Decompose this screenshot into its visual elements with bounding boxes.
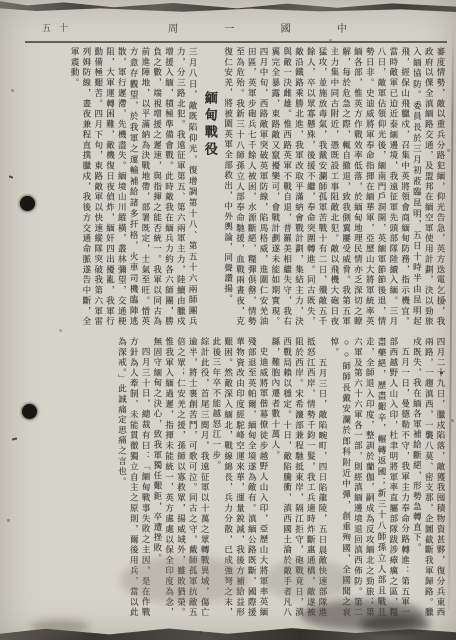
top-text-block: 審度情勢，敵以重兵分路犯緬，仰光告急，英方迭電乞援，我政府以保全滇緬路交通，及盟… xyxy=(25,47,446,327)
masthead-char: 一 xyxy=(224,20,234,35)
page-number: 五十 xyxy=(42,21,76,34)
masthead-char: 中 xyxy=(337,20,347,35)
section-heading-burma-campaign: 緬甸戰役 xyxy=(204,47,216,327)
article-after-heading: 三月八日，敵既陷仰光，復增調第十八、第五十六兩師團兵力，分三路北犯。我遠征軍第五… xyxy=(68,47,198,327)
margin-mark xyxy=(12,437,17,440)
margin-mark xyxy=(9,175,13,178)
ink-smudge xyxy=(120,556,250,604)
paragraph: 四月二十九日，臘戍陷落，敵獲我囤積物資甚夥，復分兵東西兩路，一趨滇西，一襲八莫、… xyxy=(411,337,446,618)
punch-hole-top xyxy=(20,196,35,211)
paper-speckles xyxy=(0,0,1,1)
ink-smudge xyxy=(360,615,430,633)
scanned-page: 五十 周 一 國 中 審度情勢，敵以重兵分路犯緬，仰光告急，英方迭電乞援，我政府… xyxy=(0,0,456,640)
masthead-char: 周 xyxy=(168,20,178,35)
article-before-heading: 審度情勢，敵以重兵分路犯緬，仰光告急，英方迭電乞援，我政府以保全滇緬路交通，及盟… xyxy=(222,47,446,327)
punch-hole-bottom xyxy=(22,404,37,419)
scan-edge-top xyxy=(0,0,456,12)
margin-mark xyxy=(440,372,443,374)
header-rule xyxy=(25,41,447,43)
ink-smudge xyxy=(30,620,90,634)
ink-smudge xyxy=(262,560,352,600)
page-fold-line xyxy=(448,30,454,610)
masthead-char: 國 xyxy=(281,20,291,35)
masthead-title: 周 一 國 中 xyxy=(150,20,365,35)
